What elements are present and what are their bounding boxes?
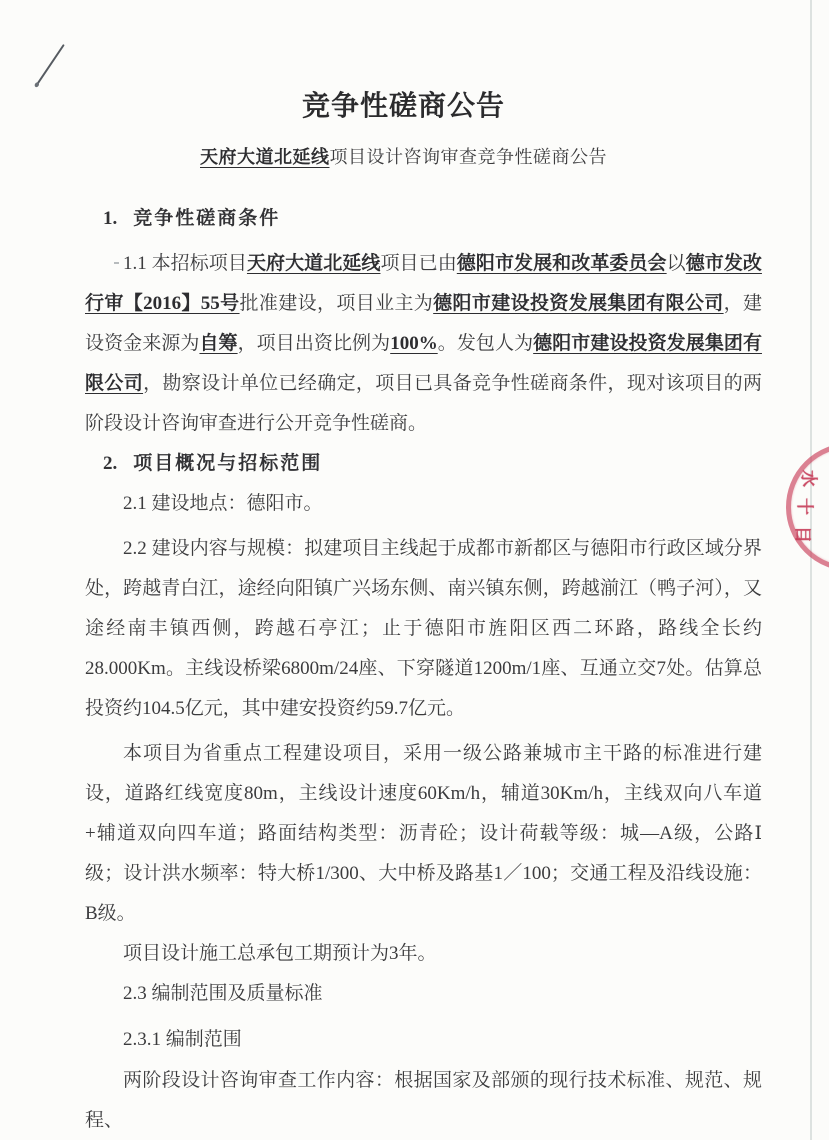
text-segment: ，项目出资比例为 — [238, 333, 391, 354]
document-subtitle: 天府大道北延线项目设计咨询审查竞争性磋商公告 — [85, 139, 762, 175]
section-heading-text: 项目概况与招标范围 — [133, 453, 322, 474]
document-title: 竞争性磋商公告 — [85, 87, 762, 127]
page-edge-line — [810, 0, 812, 1140]
text-segment: 。发包人为 — [438, 333, 533, 354]
section-number: 1. — [103, 199, 117, 239]
text-segment: 1.1 本招标项目 — [123, 253, 247, 274]
text-segment: ，勘察设计单位已经确定，项目已具备竞争性磋商条件，现对该项目的两阶段设计咨询审查… — [85, 373, 762, 434]
paragraph-project-standard: 本项目为省重点工程建设项目，采用一级公路兼城市主干路的标准进行建设，道路红线宽度… — [85, 734, 762, 934]
text-segment: 天府大道北延线 — [200, 147, 330, 167]
text-segment: 批准建设，项目业主为 — [240, 293, 434, 314]
text-segment: 德阳市发展和改革委员会 — [457, 253, 667, 274]
text-segment: 项目设计咨询审查竞争性磋商公告 — [330, 147, 608, 167]
section-heading-1: 1.竞争性磋商条件 — [85, 199, 762, 239]
text-segment: 德阳市建设投资发展集团有限公司 — [433, 293, 723, 314]
pen-stroke-mark — [35, 44, 65, 87]
red-seal-stamp: 水 十 目 — [780, 438, 829, 568]
document-content: 竞争性磋商公告 天府大道北延线项目设计咨询审查竞争性磋商公告 1.竞争性磋商条件… — [85, 87, 762, 1140]
paragraph-scope: 两阶段设计咨询审查工作内容：根据国家及部颁的现行技术标准、规范、规程、 — [85, 1061, 762, 1140]
scanned-document-page: 水 十 目 竞争性磋商公告 天府大道北延线项目设计咨询审查竞争性磋商公告 1.竞… — [0, 0, 829, 1140]
paragraph-2-3: 2.3 编制范围及质量标准 — [85, 974, 762, 1014]
text-segment: 项目已由 — [380, 253, 456, 274]
paragraph-duration: 项目设计施工总承包工期预计为3年。 — [85, 934, 762, 974]
section-heading-2: 2.项目概况与招标范围 — [85, 444, 762, 484]
paragraph-2-1: 2.1 建设地点：德阳市。 — [85, 484, 762, 524]
seal-glyph: 水 — [798, 470, 823, 487]
text-segment: 自筹 — [199, 333, 237, 354]
seal-glyph: 十 — [794, 498, 819, 515]
text-segment: 以 — [667, 253, 686, 274]
section-heading-text: 竞争性磋商条件 — [133, 208, 280, 229]
section-number: 2. — [103, 444, 117, 484]
paragraph-1-1: 1.1 本招标项目天府大道北延线项目已由德阳市发展和改革委员会以德市发改行审【2… — [85, 244, 762, 444]
text-segment: 天府大道北延线 — [247, 253, 381, 274]
seal-glyph: 目 — [792, 526, 817, 543]
text-segment: 100% — [390, 333, 438, 354]
paragraph-2-3-1: 2.3.1 编制范围 — [85, 1020, 762, 1060]
paragraph-2-2: 2.2 建设内容与规模：拟建项目主线起于成都市新都区与德阳市行政区域分界处，跨越… — [85, 529, 762, 729]
